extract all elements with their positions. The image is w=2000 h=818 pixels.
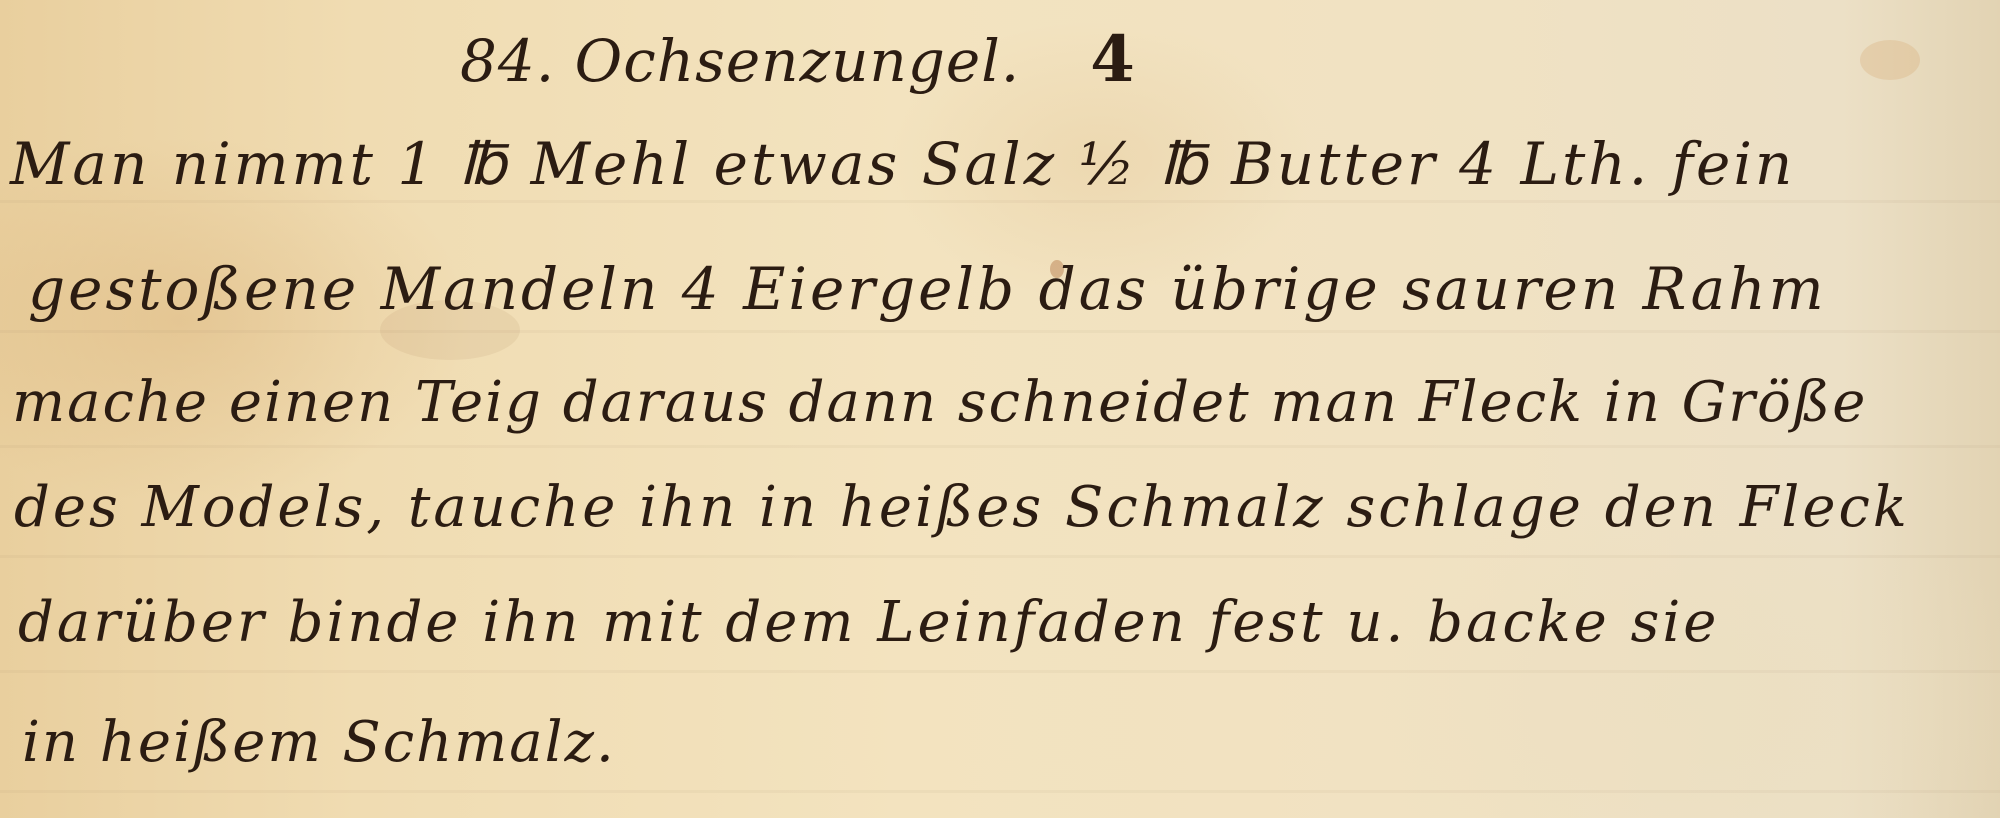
ruled-line — [0, 445, 2000, 448]
manuscript-line-4: des Models, tauche ihn in heißes Schmalz… — [14, 475, 1910, 540]
manuscript-line-2: gestoßene Mandeln 4 Eiergelb das übrige … — [28, 255, 1827, 323]
ruled-line — [0, 330, 2000, 333]
ruled-line — [0, 200, 2000, 203]
manuscript-line-3: mache einen Teig daraus dann schneidet m… — [12, 370, 1867, 435]
manuscript-page: 84. Ochsenzungel.4 Man nimmt 1 ℔ Mehl et… — [0, 0, 2000, 818]
manuscript-line-6: in heißem Schmalz. — [22, 710, 616, 775]
ruled-line — [0, 670, 2000, 673]
ruled-line — [0, 555, 2000, 558]
manuscript-line-1: Man nimmt 1 ℔ Mehl etwas Salz ½ ℔ Butter… — [10, 130, 1795, 198]
recipe-title-text: 84. Ochsenzungel. — [460, 27, 1020, 95]
page-marker: 4 — [1090, 22, 1136, 97]
water-stain — [1860, 40, 1920, 80]
manuscript-line-5: darüber binde ihn mit dem Leinfaden fest… — [18, 590, 1719, 655]
ruled-line — [0, 790, 2000, 793]
recipe-title: 84. Ochsenzungel.4 — [460, 22, 1136, 97]
